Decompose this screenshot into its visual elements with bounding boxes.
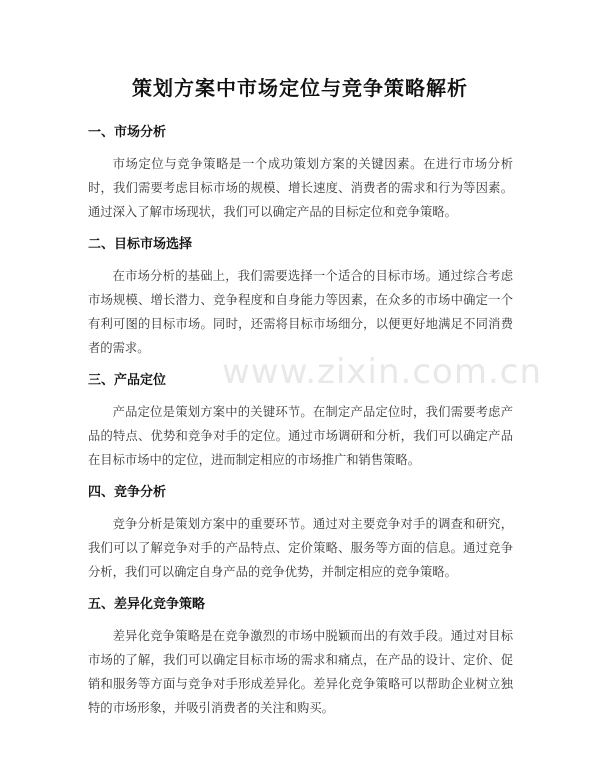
section-target-market: 二、目标市场选择 在市场分析的基础上，我们需要选择一个适合的目标市场。通过综合考…: [88, 234, 513, 360]
section-paragraph: 在市场分析的基础上，我们需要选择一个适合的目标市场。通过综合考虑市场规模、增长潜…: [88, 264, 513, 360]
document-page: 策划方案中市场定位与竞争策略解析 www.zixin.com.cn 一、市场分析…: [0, 0, 600, 776]
section-paragraph: 竞争分析是策划方案中的重要环节。通过对主要竞争对手的调查和研究，我们可以了解竞争…: [88, 512, 513, 584]
document-title: 策划方案中市场定位与竞争策略解析: [0, 72, 600, 101]
section-product-positioning: 三、产品定位 产品定位是策划方案中的关键环节。在制定产品定位时，我们需要考虑产品…: [88, 370, 513, 472]
document-body: 一、市场分析 市场定位与竞争策略是一个成功策划方案的关键因素。在进行市场分析时，…: [88, 122, 513, 730]
section-competition-analysis: 四、竞争分析 竞争分析是策划方案中的重要环节。通过对主要竞争对手的调查和研究，我…: [88, 482, 513, 584]
section-paragraph: 产品定位是策划方案中的关键环节。在制定产品定位时，我们需要考虑产品的特点、优势和…: [88, 400, 513, 472]
section-heading: 三、产品定位: [88, 370, 513, 392]
section-market-analysis: 一、市场分析 市场定位与竞争策略是一个成功策划方案的关键因素。在进行市场分析时，…: [88, 122, 513, 224]
section-differentiation-strategy: 五、差异化竞争策略 差异化竞争策略是在竞争激烈的市场中脱颖而出的有效手段。通过对…: [88, 594, 513, 720]
section-paragraph: 市场定位与竞争策略是一个成功策划方案的关键因素。在进行市场分析时，我们需要考虑目…: [88, 152, 513, 224]
section-heading: 二、目标市场选择: [88, 234, 513, 256]
section-paragraph: 差异化竞争策略是在竞争激烈的市场中脱颖而出的有效手段。通过对目标市场的了解，我们…: [88, 624, 513, 720]
section-heading: 四、竞争分析: [88, 482, 513, 504]
section-heading: 五、差异化竞争策略: [88, 594, 513, 616]
section-heading: 一、市场分析: [88, 122, 513, 144]
